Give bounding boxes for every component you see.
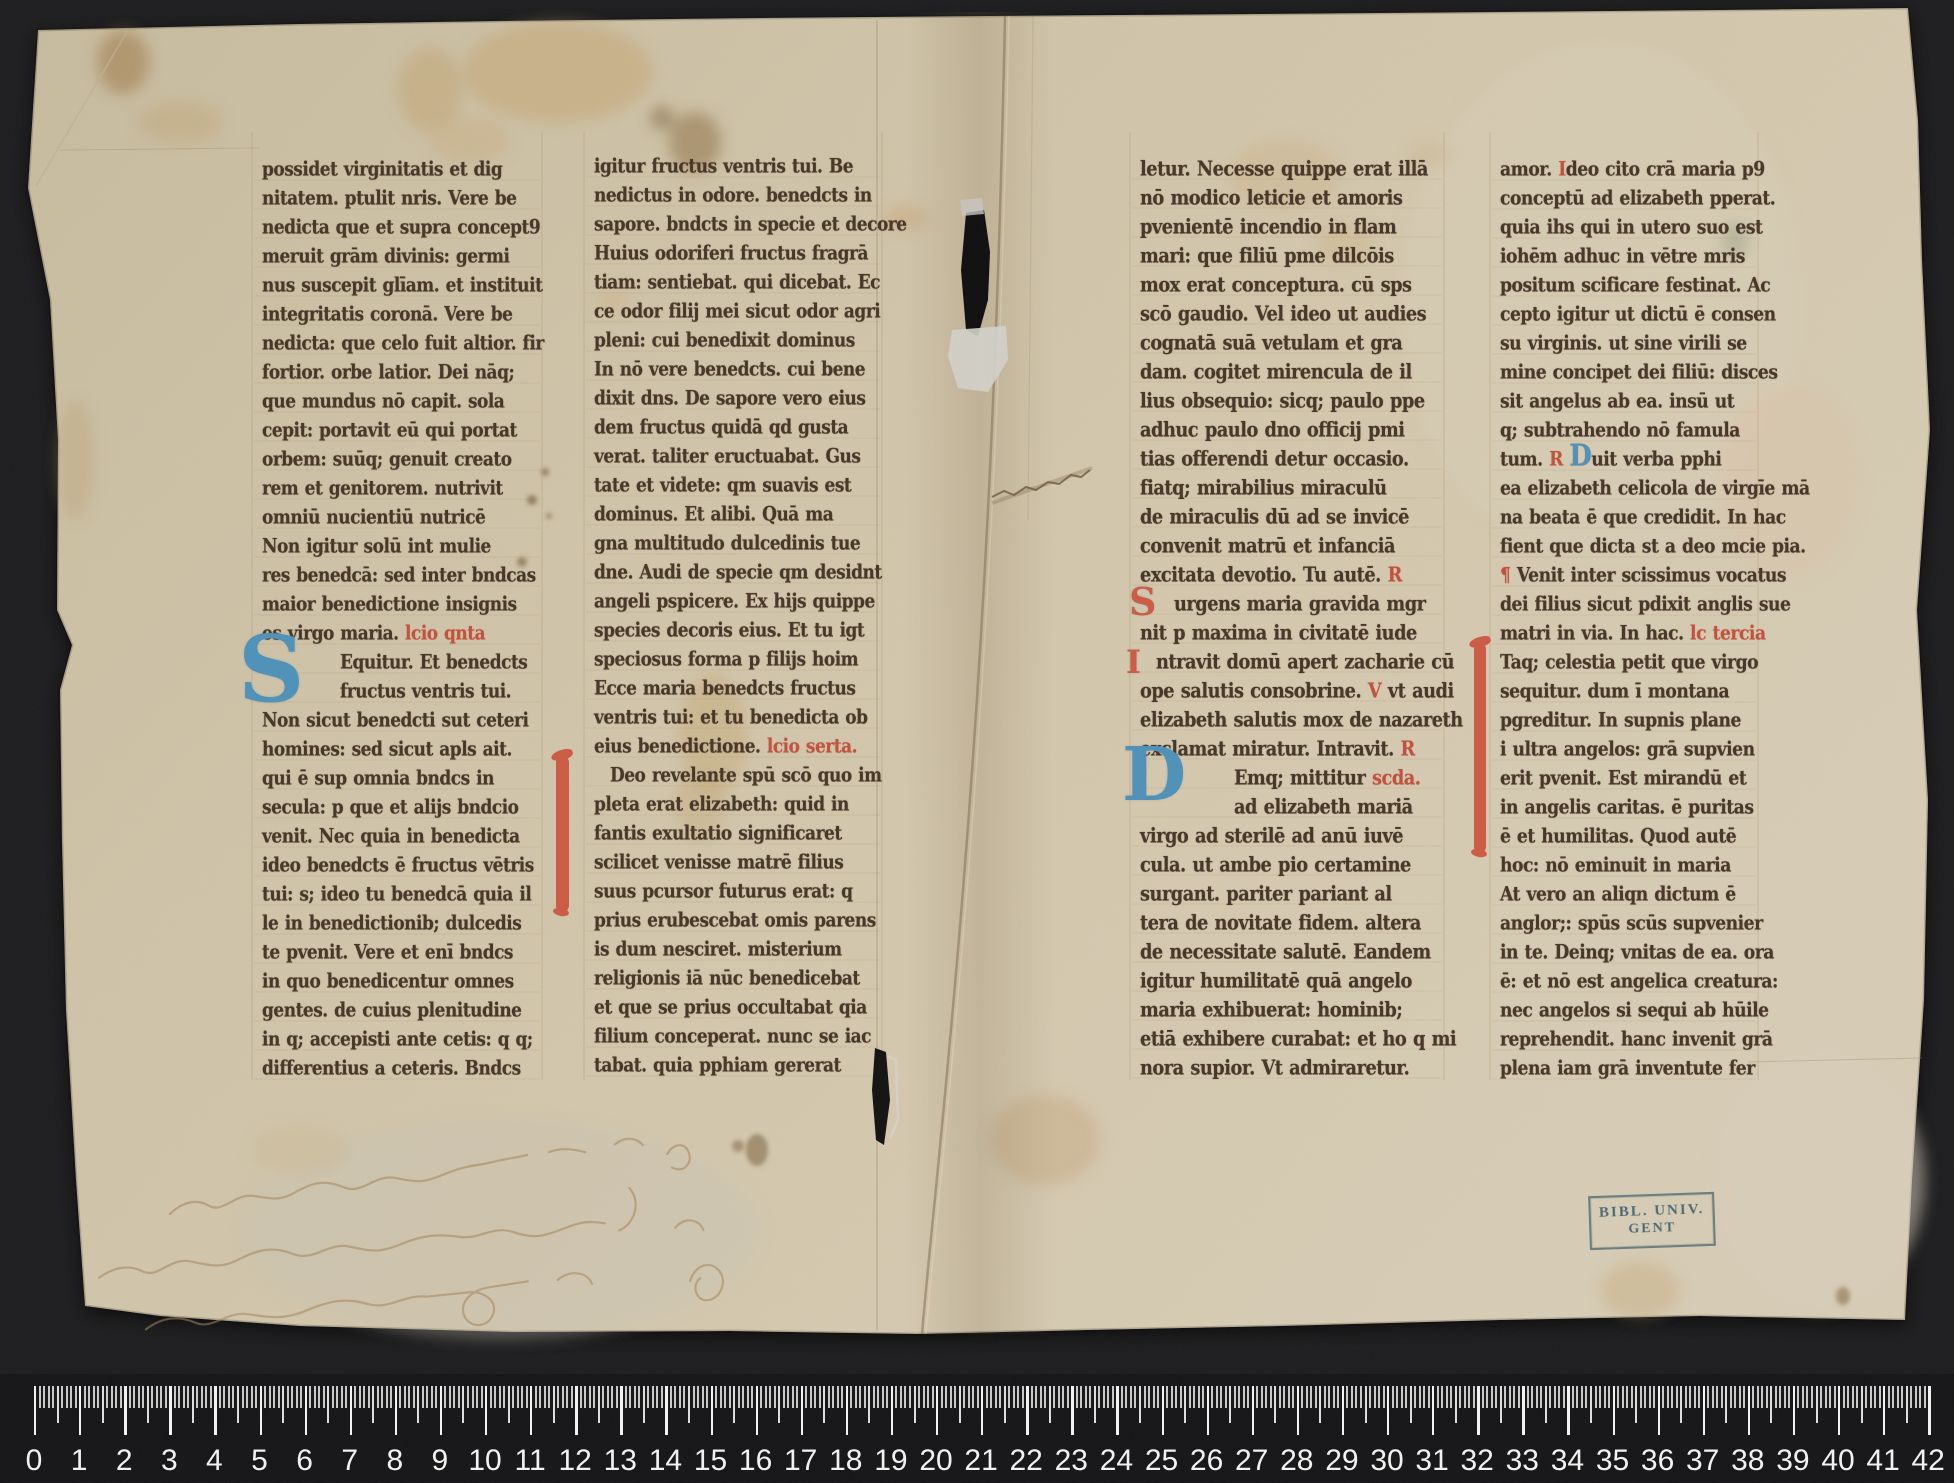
stamp-line2: GENT xyxy=(1591,1219,1713,1239)
library-stamp: BIBL. UNIV. GENT xyxy=(1588,1192,1716,1250)
manuscript-photo: possidet virginitatis et dignitatem. ptu… xyxy=(0,0,1954,1483)
ruler-band xyxy=(0,1374,1954,1483)
photo-art xyxy=(0,0,1954,1483)
